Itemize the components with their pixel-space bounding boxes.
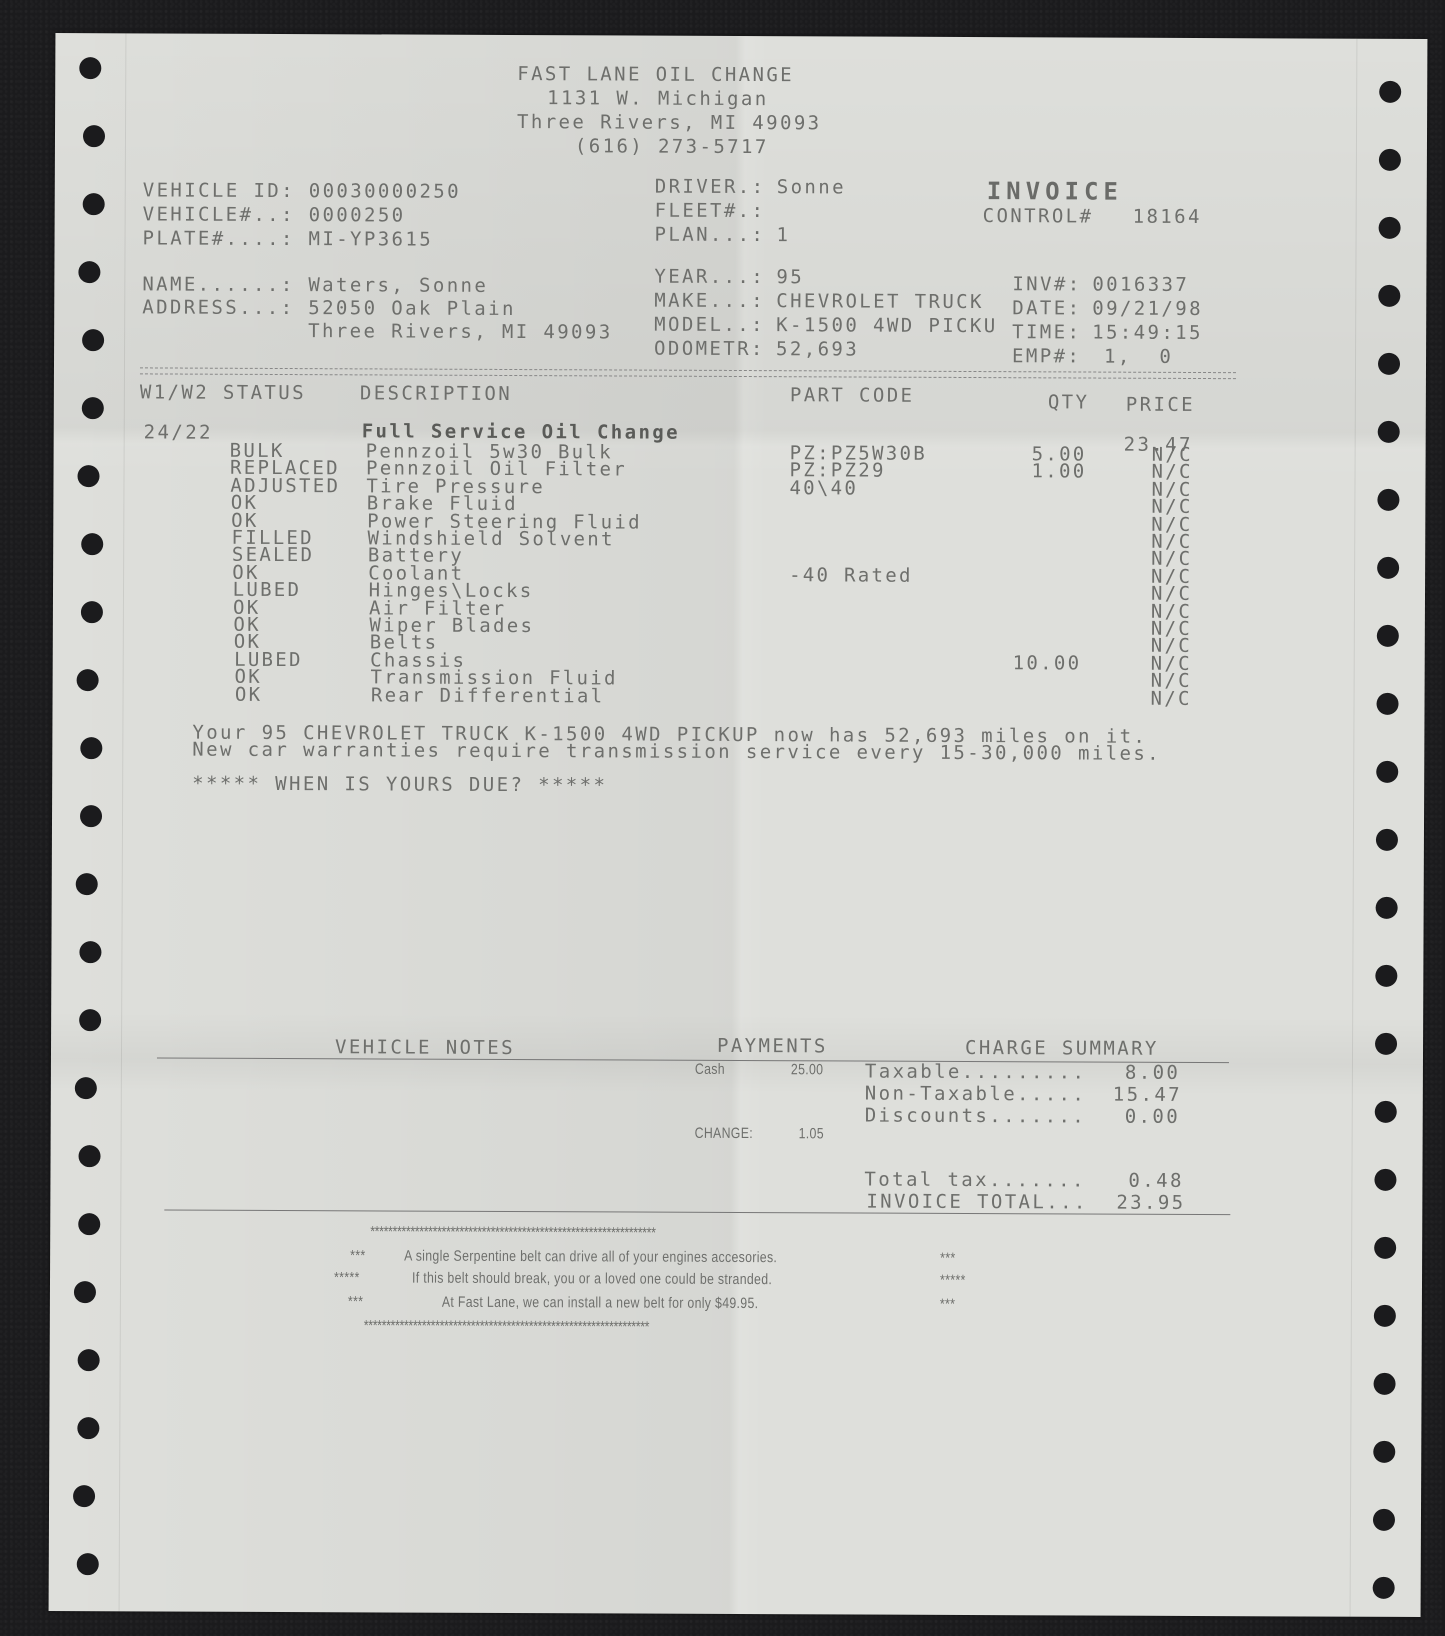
feed-hole	[1373, 1441, 1395, 1463]
plate-label: PLATE#....:	[143, 229, 295, 249]
plan-value: 1	[777, 226, 791, 245]
emp-value: 1, 0	[1104, 348, 1173, 367]
promo-line3-suffix: ***	[940, 1297, 955, 1312]
vehicle-id-label: VEHICLE ID:	[143, 181, 295, 201]
feed-hole	[1374, 1169, 1396, 1191]
feed-hole	[77, 1417, 99, 1439]
discounts-value: 0.00	[1125, 1108, 1180, 1127]
invoice-title: INVOICE	[987, 179, 1123, 204]
feed-hole	[82, 329, 104, 351]
inv-value: 0016337	[1092, 276, 1189, 295]
header-separator	[140, 367, 1236, 379]
inv-label: INV#:	[1012, 275, 1081, 294]
model-label: MODEL..:	[654, 316, 765, 335]
fleet-label: FLEET#.:	[655, 202, 766, 221]
feed-hole	[1373, 1577, 1395, 1599]
feed-hole	[1374, 1373, 1396, 1395]
change-amount: 1.05	[799, 1126, 824, 1141]
non-taxable-value: 15.47	[1113, 1086, 1182, 1105]
customer-name-label: NAME......:	[142, 275, 294, 295]
feed-hole	[83, 193, 105, 215]
feed-hole	[1375, 1033, 1397, 1055]
vehicle-notes-heading: VEHICLE NOTES	[335, 1038, 515, 1058]
feed-hole	[78, 1213, 100, 1235]
business-name: FAST LANE OIL CHANGE	[517, 65, 794, 85]
promo-border-bottom: ****************************************…	[364, 1318, 649, 1334]
feed-hole	[73, 1485, 95, 1507]
feed-hole	[78, 261, 100, 283]
payment-method: Cash	[695, 1062, 725, 1077]
feed-hole	[79, 1009, 101, 1031]
feed-hole	[1375, 965, 1397, 987]
feed-hole	[78, 1349, 100, 1371]
time-label: TIME:	[1012, 323, 1081, 342]
feed-hole	[79, 941, 101, 963]
mileage-message-line2: New car warranties require transmission …	[192, 741, 1161, 764]
promo-border-top: ****************************************…	[370, 1224, 655, 1240]
tractor-feed-strip-left	[49, 33, 127, 1611]
business-phone: (616) 273-5717	[575, 137, 769, 157]
year-value: 95	[776, 268, 804, 287]
feed-hole	[1376, 829, 1398, 851]
feed-hole	[82, 397, 104, 419]
feed-hole	[1373, 1509, 1395, 1531]
control-value: 18164	[1133, 208, 1202, 227]
charge-summary-heading: CHARGE SUMMARY	[965, 1039, 1159, 1059]
customer-address-line2: Three Rivers, MI 49093	[308, 322, 613, 342]
line-items: BULKPennzoil 5w30 BulkPZ:PZ5W30B5.00N/CR…	[54, 441, 1426, 447]
feed-hole	[1374, 1305, 1396, 1327]
payment-amount: 25.00	[791, 1062, 823, 1077]
feed-hole	[77, 1553, 99, 1575]
vehicle-number-label: VEHICLE#..:	[143, 205, 295, 225]
feed-hole	[75, 1077, 97, 1099]
vehicle-number-value: 0000250	[309, 206, 406, 225]
driver-value: Sonne	[777, 178, 846, 197]
promo-line1-prefix: ***	[350, 1248, 365, 1263]
feed-hole	[1379, 217, 1401, 239]
taxable-label: Taxable.........	[865, 1063, 1087, 1083]
non-taxable-label: Non-Taxable.....	[865, 1085, 1087, 1105]
promo-line1-suffix: ***	[940, 1251, 955, 1266]
date-label: DATE:	[1012, 299, 1081, 318]
item-status: OK	[235, 685, 263, 704]
odometer-value: 52,693	[776, 340, 859, 359]
feed-hole	[1378, 421, 1400, 443]
header-w1w2-status: W1/W2 STATUS	[140, 383, 306, 403]
time-value: 15:49:15	[1092, 324, 1203, 343]
item-part-code: 40\40	[789, 479, 858, 498]
promo-line2: If this belt should break, you or a love…	[412, 1271, 772, 1288]
change-label: CHANGE:	[695, 1126, 753, 1141]
customer-address-label: ADDRESS...:	[142, 298, 294, 318]
discounts-label: Discounts.......	[865, 1107, 1087, 1127]
business-address-line2: Three Rivers, MI 49093	[517, 113, 822, 133]
promo-line1: A single Serpentine belt can drive all o…	[404, 1249, 777, 1266]
header-description: DESCRIPTION	[360, 384, 512, 404]
invoice-paper: FAST LANE OIL CHANGE 1131 W. Michigan Th…	[49, 33, 1428, 1617]
vehicle-id-value: 00030000250	[309, 182, 461, 202]
payments-heading: PAYMENTS	[717, 1037, 828, 1056]
make-value: CHEVROLET TRUCK	[776, 292, 984, 312]
total-tax-value: 0.48	[1128, 1172, 1183, 1191]
taxable-value: 8.00	[1125, 1064, 1180, 1083]
model-value: K-1500 4WD PICKU	[776, 316, 998, 336]
due-prompt: ***** WHEN IS YOURS DUE? *****	[192, 775, 607, 796]
year-label: YEAR...:	[654, 268, 765, 287]
customer-name-value: Waters, Sonne	[308, 276, 488, 296]
business-address-line1: 1131 W. Michigan	[547, 89, 769, 109]
promo-line2-suffix: *****	[940, 1273, 966, 1288]
item-qty: 10.00	[1013, 654, 1082, 673]
feed-hole	[80, 805, 102, 827]
feed-hole	[1376, 897, 1398, 919]
main-service-w1w2: 24/22	[144, 423, 213, 442]
feed-hole	[1376, 761, 1398, 783]
make-label: MAKE...:	[654, 292, 765, 311]
feed-hole	[76, 873, 98, 895]
item-description: Rear Differential	[371, 686, 605, 706]
feed-hole	[1379, 149, 1401, 171]
promo-line3-prefix: ***	[348, 1294, 363, 1309]
feed-hole	[83, 125, 105, 147]
feed-hole	[80, 737, 102, 759]
item-price: N/C	[1151, 689, 1192, 708]
feed-hole	[79, 1145, 101, 1167]
plate-value: MI-YP3615	[309, 230, 434, 250]
driver-label: DRIVER.:	[655, 178, 766, 197]
promo-line3: At Fast Lane, we can install a new belt …	[442, 1295, 759, 1311]
customer-address-line1: 52050 Oak Plain	[308, 299, 516, 319]
header-qty: QTY	[1048, 393, 1090, 412]
odometer-label: ODOMETR:	[654, 340, 765, 359]
control-label: CONTROL#	[983, 207, 1094, 226]
plan-label: PLAN...:	[655, 226, 766, 245]
header-part-code: PART CODE	[790, 386, 915, 406]
item-qty: 1.00	[1032, 463, 1087, 482]
tractor-feed-strip-right	[1350, 39, 1428, 1617]
promo-line2-prefix: *****	[334, 1270, 360, 1285]
header-price: PRICE	[1126, 396, 1195, 415]
feed-hole	[1375, 1101, 1397, 1123]
date-value: 09/21/98	[1092, 300, 1203, 319]
feed-hole	[79, 57, 101, 79]
feed-hole	[1379, 81, 1401, 103]
feed-hole	[74, 1281, 96, 1303]
feed-hole	[1378, 285, 1400, 307]
feed-hole	[1378, 353, 1400, 375]
feed-hole	[1374, 1237, 1396, 1259]
total-tax-label: Total tax.......	[864, 1171, 1086, 1191]
invoice-total-label: INVOICE TOTAL...	[866, 1193, 1088, 1213]
emp-label: EMP#:	[1012, 347, 1081, 366]
invoice-total-value: 23.95	[1116, 1194, 1185, 1213]
